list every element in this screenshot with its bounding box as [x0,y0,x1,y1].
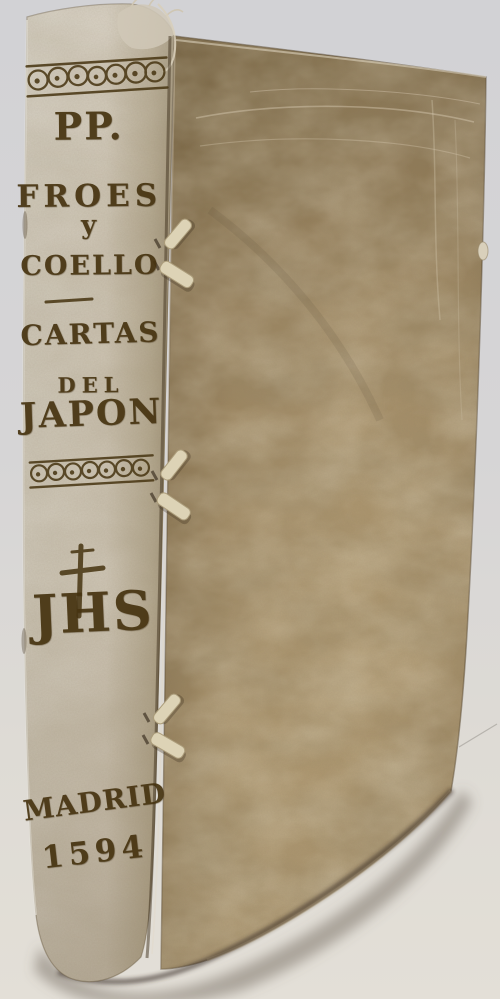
photo-antique-book: PP. FROES y COELLO CARTAS DEL JAPON JHS … [0,0,500,999]
spine-text-head: PP. [13,107,165,146]
spine-text-conjunction: y [13,212,165,239]
spine-text-author2: COELLO [14,252,166,280]
spine-text-title3: JAPON [15,394,168,434]
spine-text-title1: CARTAS [14,318,167,350]
spine-text-author1: FROES [13,181,165,213]
spine-lettering: PP. FROES y COELLO CARTAS DEL JAPON JHS … [0,0,500,999]
spine-text-city: MADRID [17,779,171,827]
spine-text-monogram: JHS [16,582,170,643]
spine-text-year: 1594 [18,829,173,877]
